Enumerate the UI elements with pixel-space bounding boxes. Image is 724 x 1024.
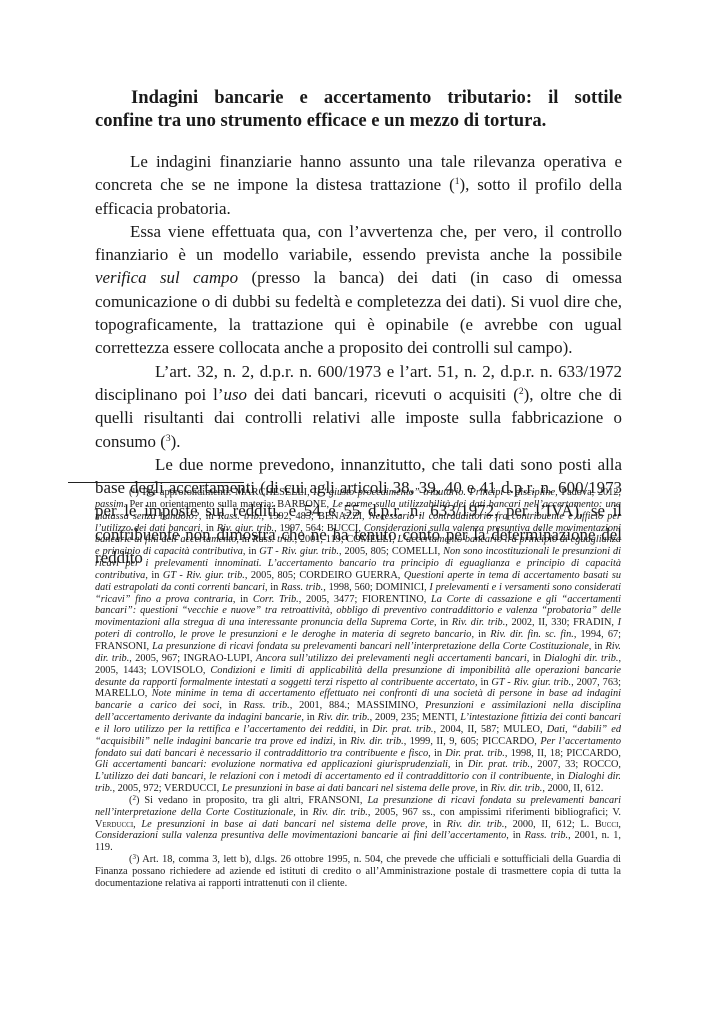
footnote-2: (2) Si vedano in proposito, tra gli altr… bbox=[95, 795, 621, 854]
footnote-separator bbox=[68, 482, 244, 483]
footnote-ref: 3 bbox=[166, 434, 171, 444]
paragraph: Le indagini finanziarie hanno assunto un… bbox=[95, 150, 622, 220]
document-title: Indagini bancarie e accertamento tributa… bbox=[95, 86, 622, 132]
title-line-2: confine tra uno strumento efficace e un … bbox=[95, 109, 622, 132]
title-line-1: Indagini bancarie e accertamento tributa… bbox=[95, 86, 622, 109]
footnote-ref: 1 bbox=[455, 177, 460, 187]
footnotes: (¹) Per approfondimenti: MARCHESELLI, Il… bbox=[95, 487, 621, 890]
footnote-ref: 2 bbox=[519, 387, 524, 397]
paragraph: Essa viene effettuata qua, con l’avverte… bbox=[95, 220, 622, 360]
footnote-ref: 2 bbox=[132, 794, 136, 802]
footnote-3: (3) Art. 18, comma 3, lett b), d.lgs. 26… bbox=[95, 854, 621, 890]
footnote-ref: 3 bbox=[132, 853, 136, 861]
footnote-1: (¹) Per approfondimenti: MARCHESELLI, Il… bbox=[95, 487, 621, 795]
paragraph: L’art. 32, n. 2, d.p.r. n. 600/1973 e l’… bbox=[95, 360, 622, 453]
document-page: Indagini bancarie e accertamento tributa… bbox=[0, 0, 724, 1024]
